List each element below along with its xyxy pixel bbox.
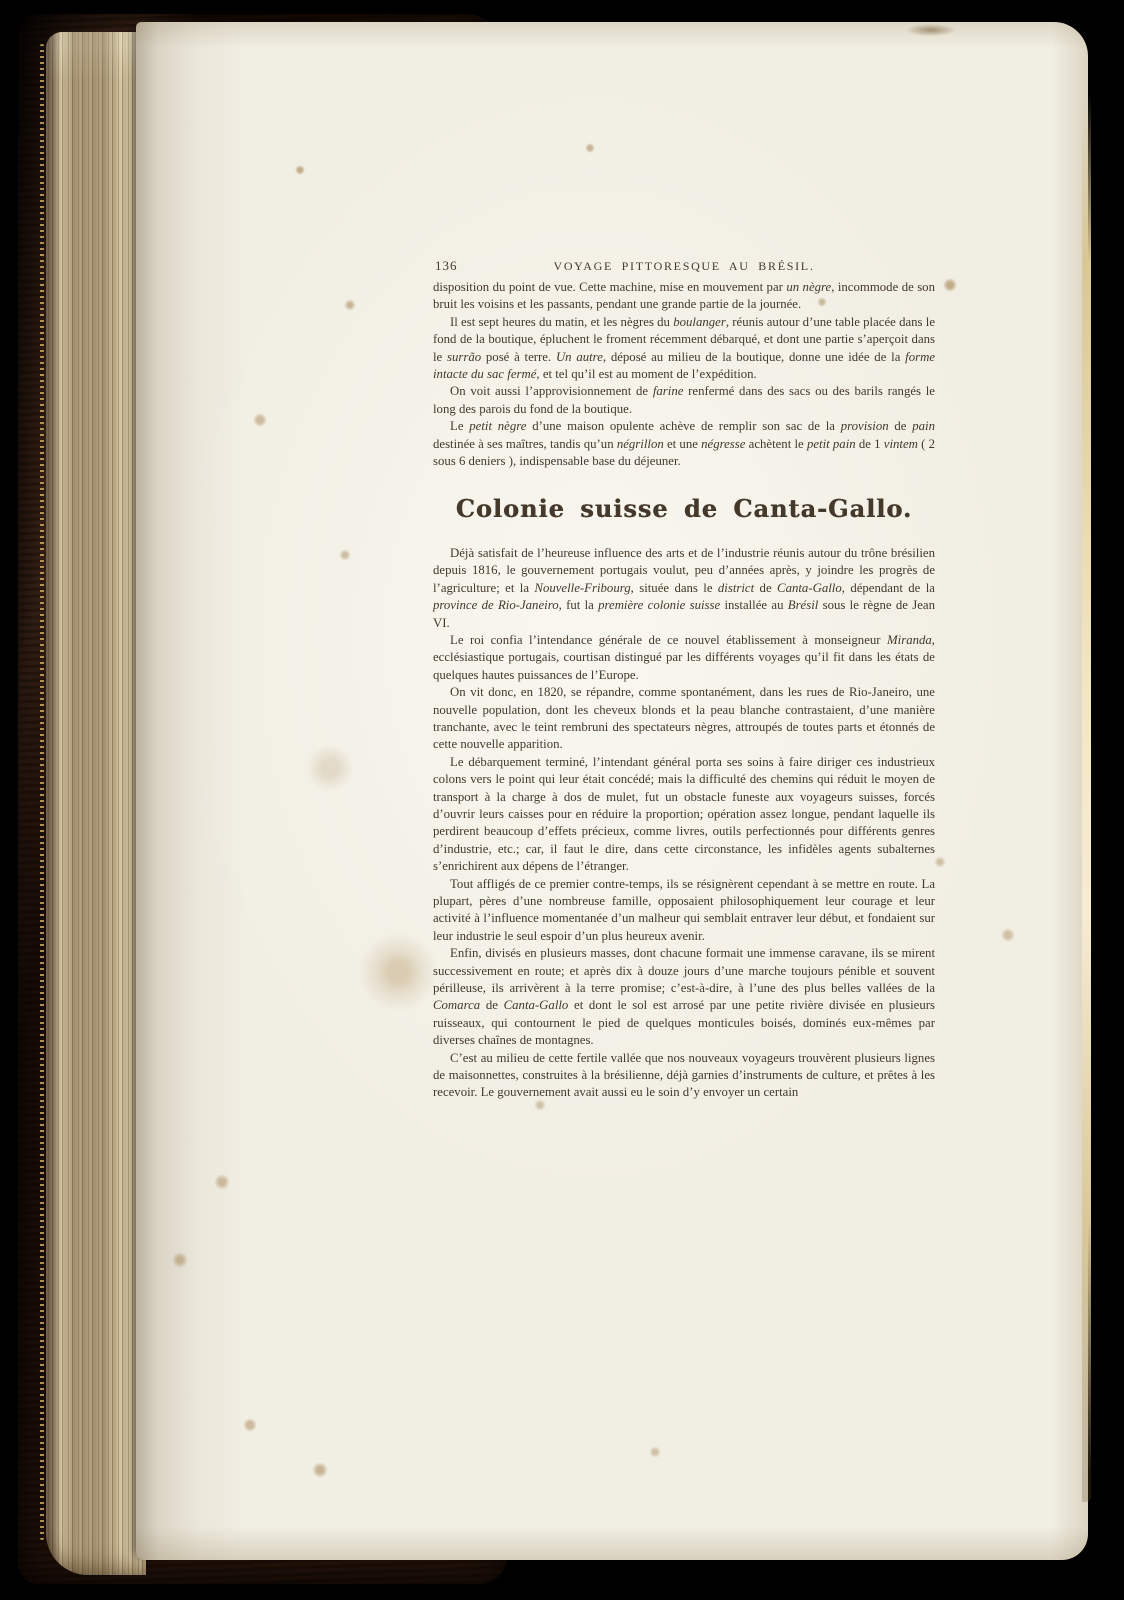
paragraph: Déjà satisfait de l’heureuse influence d… bbox=[433, 545, 935, 632]
paragraph: Le petit nègre d’une maison opulente ach… bbox=[433, 418, 935, 470]
page-number: 136 bbox=[435, 257, 458, 274]
paragraph: On vit donc, en 1820, se répandre, comme… bbox=[433, 684, 935, 754]
page-edges-stack bbox=[46, 32, 146, 1575]
section-heading: Colonie suisse de Canta-Gallo. bbox=[433, 500, 935, 517]
paragraph: Il est sept heures du matin, et les nègr… bbox=[433, 314, 935, 384]
paragraph: Le roi confia l’intendance générale de c… bbox=[433, 632, 935, 684]
section-paragraphs: Déjà satisfait de l’heureuse influence d… bbox=[433, 545, 935, 1102]
intro-paragraphs: disposition du point de vue. Cette machi… bbox=[433, 279, 935, 470]
paragraph: On voit aussi l’approvisionnement de far… bbox=[433, 383, 935, 418]
paragraph: Enfin, divisés en plusieurs masses, dont… bbox=[433, 945, 935, 1049]
paragraph: Le débarquement terminé, l’intendant gén… bbox=[433, 754, 935, 876]
paragraph: Tout affligés de ce premier contre-temps… bbox=[433, 876, 935, 946]
gilt-tooling-line bbox=[40, 44, 44, 1540]
running-header: 136 VOYAGE PITTORESQUE AU BRÉSIL. bbox=[433, 255, 935, 275]
paragraph: disposition du point de vue. Cette machi… bbox=[433, 279, 935, 314]
book-page: 136 VOYAGE PITTORESQUE AU BRÉSIL. dispos… bbox=[136, 22, 1088, 1560]
book-scan: 136 VOYAGE PITTORESQUE AU BRÉSIL. dispos… bbox=[0, 0, 1124, 1600]
paragraph: C’est au milieu de cette fertile vallée … bbox=[433, 1050, 935, 1102]
text-block: 136 VOYAGE PITTORESQUE AU BRÉSIL. dispos… bbox=[433, 255, 935, 1102]
running-title: VOYAGE PITTORESQUE AU BRÉSIL. bbox=[433, 255, 935, 275]
fore-edge-highlight bbox=[1082, 92, 1091, 1502]
